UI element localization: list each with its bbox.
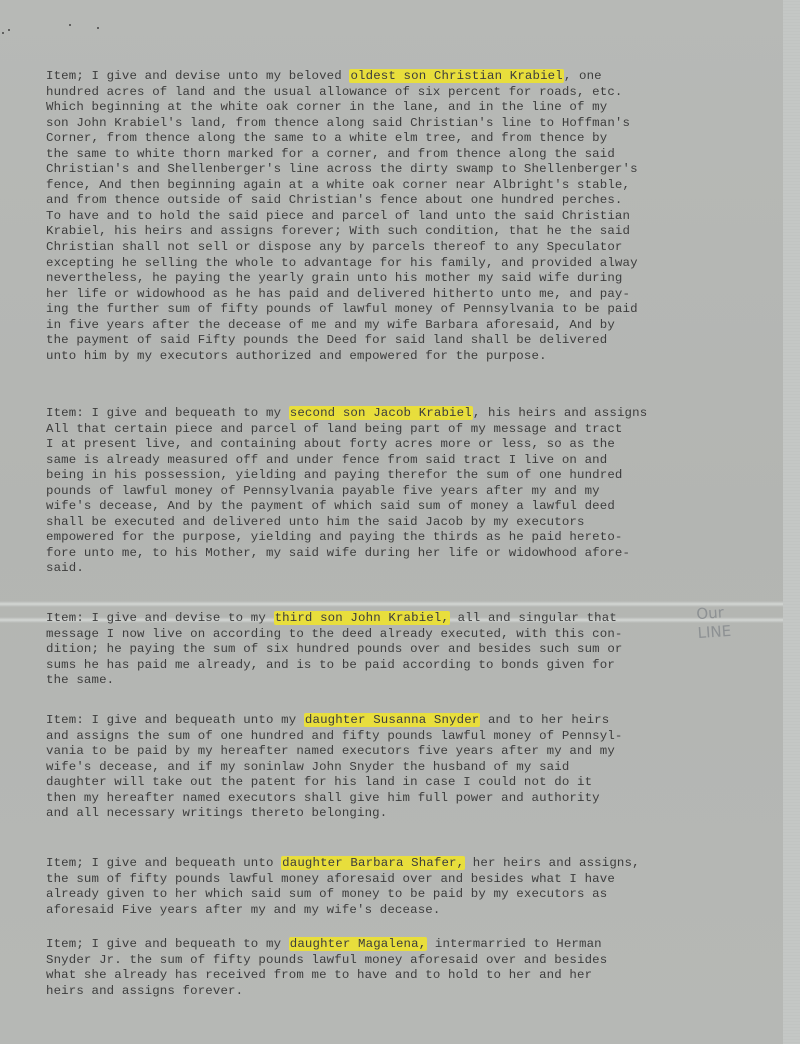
text-line: Item: I give and devise to my third son … xyxy=(46,611,623,627)
line-text: what she already has received from me to… xyxy=(46,968,592,982)
text-line: vania to be paid by my hereafter named e… xyxy=(46,744,623,760)
text-line: and from thence outside of said Christia… xyxy=(46,193,638,209)
ink-speck xyxy=(2,32,4,34)
line-text: the sum of fifty pounds lawful money afo… xyxy=(46,872,615,886)
text-line: Christian shall not sell or dispose any … xyxy=(46,240,638,256)
line-text: Christian shall not sell or dispose any … xyxy=(46,240,623,254)
text-line: hundred acres of land and the usual allo… xyxy=(46,85,638,101)
line-text: empowered for the purpose, yielding and … xyxy=(46,530,623,544)
paragraph-magalena: Item; I give and bequeath to my daughter… xyxy=(46,937,607,999)
paper-fold xyxy=(0,601,783,607)
text-line: her life or widowhood as he has paid and… xyxy=(46,287,638,303)
handwritten-margin-note: Our LINE xyxy=(696,603,732,643)
text-line: said. xyxy=(46,561,647,577)
highlighted-name: daughter Barbara Shafer, xyxy=(281,856,465,870)
line-text: fence, And then beginning again at a whi… xyxy=(46,178,630,192)
highlighted-name: daughter Susanna Snyder xyxy=(304,713,480,727)
line-text: Item; I give and devise unto my beloved xyxy=(46,69,349,83)
line-text: heirs and assigns forever. xyxy=(46,984,243,998)
page-edge xyxy=(783,0,800,1044)
line-text: vania to be paid by my hereafter named e… xyxy=(46,744,615,758)
ink-speck xyxy=(8,29,10,31)
text-line: Which beginning at the white oak corner … xyxy=(46,100,638,116)
line-text: unto him by my executors authorized and … xyxy=(46,349,547,363)
text-line: aforesaid Five years after my and my wif… xyxy=(46,903,640,919)
line-text: fore unto me, to his Mother, my said wif… xyxy=(46,546,630,560)
line-text: Item: I give and devise to my xyxy=(46,611,274,625)
text-line: dition; he paying the sum of six hundred… xyxy=(46,642,623,658)
text-line: son John Krabiel's land, from thence alo… xyxy=(46,116,638,132)
line-text: ing the further sum of fifty pounds of l… xyxy=(46,302,638,316)
text-line: sums he has paid me already, and is to b… xyxy=(46,658,623,674)
text-line: daughter will take out the patent for hi… xyxy=(46,775,623,791)
text-line: already given to her which said sum of m… xyxy=(46,887,640,903)
text-line: unto him by my executors authorized and … xyxy=(46,349,638,365)
line-text: message I now live on according to the d… xyxy=(46,627,623,641)
text-line: then my hereafter named executors shall … xyxy=(46,791,623,807)
line-text: Item; I give and bequeath unto xyxy=(46,856,281,870)
text-line: Item: I give and bequeath to my second s… xyxy=(46,406,647,422)
line-text: the same. xyxy=(46,673,114,687)
line-text: the payment of said Fifty pounds the Dee… xyxy=(46,333,607,347)
text-line: the same to white thorn marked for a cor… xyxy=(46,147,638,163)
line-text: her heirs and assigns, xyxy=(465,856,639,870)
text-line: Krabiel, his heirs and assigns forever; … xyxy=(46,224,638,240)
line-text: said. xyxy=(46,561,84,575)
text-line: wife's decease, And by the payment of wh… xyxy=(46,499,647,515)
text-line: fore unto me, to his Mother, my said wif… xyxy=(46,546,647,562)
text-line: All that certain piece and parcel of lan… xyxy=(46,422,647,438)
line-text: , his heirs and assigns xyxy=(473,406,647,420)
text-line: the payment of said Fifty pounds the Dee… xyxy=(46,333,638,349)
text-line: empowered for the purpose, yielding and … xyxy=(46,530,647,546)
text-line: the sum of fifty pounds lawful money afo… xyxy=(46,872,640,888)
line-text: and all necessary writings thereto belon… xyxy=(46,806,387,820)
text-line: Item; I give and devise unto my beloved … xyxy=(46,69,638,85)
line-text: Which beginning at the white oak corner … xyxy=(46,100,607,114)
text-line: wife's decease, and if my soninlaw John … xyxy=(46,760,623,776)
line-text: Christian's and Shellenberger's line acr… xyxy=(46,162,638,176)
text-line: To have and to hold the said piece and p… xyxy=(46,209,638,225)
paragraph-jacob: Item: I give and bequeath to my second s… xyxy=(46,406,647,577)
line-text: and assigns the sum of one hundred and f… xyxy=(46,729,623,743)
line-text: aforesaid Five years after my and my wif… xyxy=(46,903,440,917)
line-text: nevertheless, he paying the yearly grain… xyxy=(46,271,623,285)
text-line: Item: I give and bequeath unto my daught… xyxy=(46,713,623,729)
text-line: same is already measured off and under f… xyxy=(46,453,647,469)
text-line: what she already has received from me to… xyxy=(46,968,607,984)
text-line: message I now live on according to the d… xyxy=(46,627,623,643)
line-text: then my hereafter named executors shall … xyxy=(46,791,600,805)
line-text: wife's decease, and if my soninlaw John … xyxy=(46,760,569,774)
line-text: Snyder Jr. the sum of fifty pounds lawfu… xyxy=(46,953,607,967)
highlighted-name: daughter Magalena, xyxy=(289,937,428,951)
line-text: in five years after the decease of me an… xyxy=(46,318,615,332)
text-line: being in his possession, yielding and pa… xyxy=(46,468,647,484)
line-text: the same to white thorn marked for a cor… xyxy=(46,147,615,161)
highlighted-name: second son Jacob Krabiel xyxy=(289,406,473,420)
line-text: Item; I give and bequeath to my xyxy=(46,937,289,951)
line-text: intermarried to Herman xyxy=(427,937,601,951)
line-text: same is already measured off and under f… xyxy=(46,453,607,467)
text-line: I at present live, and containing about … xyxy=(46,437,647,453)
line-text: hundred acres of land and the usual allo… xyxy=(46,85,623,99)
text-line: and all necessary writings thereto belon… xyxy=(46,806,623,822)
text-line: Item; I give and bequeath to my daughter… xyxy=(46,937,607,953)
line-text: Corner, from thence along the same to a … xyxy=(46,131,607,145)
line-text: wife's decease, And by the payment of wh… xyxy=(46,499,615,513)
line-text: excepting he selling the whole to advant… xyxy=(46,256,638,270)
text-line: Christian's and Shellenberger's line acr… xyxy=(46,162,638,178)
line-text: All that certain piece and parcel of lan… xyxy=(46,422,623,436)
line-text: To have and to hold the said piece and p… xyxy=(46,209,630,223)
paragraph-christian: Item; I give and devise unto my beloved … xyxy=(46,69,638,364)
paragraph-john: Item: I give and devise to my third son … xyxy=(46,611,623,689)
line-text: daughter will take out the patent for hi… xyxy=(46,775,592,789)
line-text: son John Krabiel's land, from thence alo… xyxy=(46,116,630,130)
highlighted-name: third son John Krabiel, xyxy=(274,611,450,625)
text-line: excepting he selling the whole to advant… xyxy=(46,256,638,272)
text-line: ing the further sum of fifty pounds of l… xyxy=(46,302,638,318)
paragraph-barbara: Item; I give and bequeath unto daughter … xyxy=(46,856,640,918)
line-text: , one xyxy=(564,69,602,83)
text-line: pounds of lawful money of Pennsylvania p… xyxy=(46,484,647,500)
line-text: her life or widowhood as he has paid and… xyxy=(46,287,630,301)
text-line: Corner, from thence along the same to a … xyxy=(46,131,638,147)
line-text: pounds of lawful money of Pennsylvania p… xyxy=(46,484,600,498)
line-text: and to her heirs xyxy=(480,713,609,727)
text-line: shall be executed and delivered unto him… xyxy=(46,515,647,531)
line-text: dition; he paying the sum of six hundred… xyxy=(46,642,623,656)
line-text: Item: I give and bequeath unto my xyxy=(46,713,304,727)
text-line: nevertheless, he paying the yearly grain… xyxy=(46,271,638,287)
line-text: I at present live, and containing about … xyxy=(46,437,615,451)
text-line: heirs and assigns forever. xyxy=(46,984,607,1000)
highlighted-name: oldest son Christian Krabiel xyxy=(349,69,563,83)
text-line: in five years after the decease of me an… xyxy=(46,318,638,334)
ink-speck xyxy=(97,27,99,29)
text-line: fence, And then beginning again at a whi… xyxy=(46,178,638,194)
line-text: shall be executed and delivered unto him… xyxy=(46,515,585,529)
line-text: Item: I give and bequeath to my xyxy=(46,406,289,420)
line-text: sums he has paid me already, and is to b… xyxy=(46,658,615,672)
line-text: already given to her which said sum of m… xyxy=(46,887,607,901)
text-line: Item; I give and bequeath unto daughter … xyxy=(46,856,640,872)
ink-speck xyxy=(69,24,71,26)
text-line: and assigns the sum of one hundred and f… xyxy=(46,729,623,745)
line-text: and from thence outside of said Christia… xyxy=(46,193,623,207)
line-text: all and singular that xyxy=(450,611,617,625)
line-text: Krabiel, his heirs and assigns forever; … xyxy=(46,224,630,238)
paragraph-susanna: Item: I give and bequeath unto my daught… xyxy=(46,713,623,822)
line-text: being in his possession, yielding and pa… xyxy=(46,468,623,482)
text-line: Snyder Jr. the sum of fifty pounds lawfu… xyxy=(46,953,607,969)
text-line: the same. xyxy=(46,673,623,689)
